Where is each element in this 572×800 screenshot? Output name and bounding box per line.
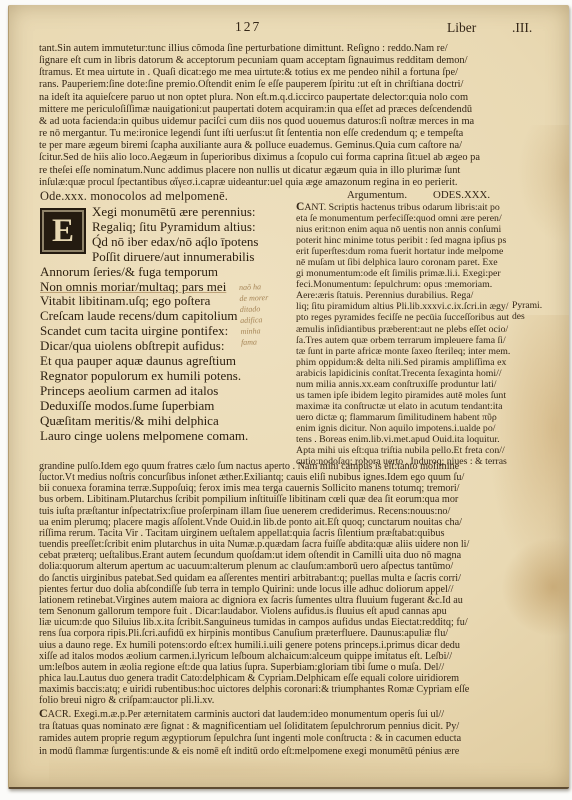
- text-line: CANT. Scriptis hactenus tribus odarum li…: [296, 202, 541, 213]
- book-page: 127 Liber .III. tant.Sin autem immutetur…: [8, 5, 569, 789]
- text-line: tem Senonum gallorum tempore fuit . Dica…: [39, 606, 557, 617]
- text-line: cebat præterq; ueſtalibus.Erant autem ſe…: [39, 550, 557, 561]
- odes-number-label: ODES.XXX.: [433, 189, 490, 201]
- text-line: gi monumentum:ode eſt ſimilis primæ.li.i…: [296, 268, 541, 279]
- commentary-column: Argumentum. ODES.XXX. CANT. Scriptis hac…: [296, 189, 541, 467]
- text-line: grandine pulſo.Idem ego quum fratres cæl…: [39, 461, 557, 472]
- woodcut-initial-E: E: [40, 208, 86, 254]
- text-line: phim oppidum:& delta nili.Sed piramis am…: [296, 357, 541, 368]
- text-line: Princeps aeolium carmen ad italos: [40, 384, 294, 399]
- text-line: tuis iuſta præſtantur inſpectatrix:ſiue …: [39, 506, 557, 517]
- text-line: Lauro cinge uolens melpomene comam.: [40, 429, 294, 444]
- top-commentary-block: tant.Sin autem immutetur:tunc illius cõm…: [39, 43, 555, 189]
- text-line: us tamen ipſe ibidem legito piramides au…: [296, 390, 541, 401]
- text-line: poterit hinc minime totus peribit : ſed …: [296, 235, 541, 246]
- text-line: Apta mihi uis eſt:qua triſtia nubila pel…: [296, 445, 541, 456]
- text-line: Quæſitam meritis/& mihi delphica: [40, 414, 294, 429]
- text-line: Annorum ſeries/& fuga temporum: [40, 265, 294, 280]
- text-line: CACR. Exegi.m.æ.p.Per æternitatem carmin…: [39, 707, 557, 721]
- text-line: te per mare ægeum biremi ſcapha auxilian…: [39, 140, 555, 152]
- text-line: feci.Monumentum: ſepulchrum: opus :memor…: [296, 279, 541, 290]
- text-line: enim ignis dicitur. Non aquilo impotens.…: [296, 423, 541, 434]
- text-line: pientes fertur duo dolia abſcondiſſe ſub…: [39, 584, 557, 595]
- text-line: phica lau.Lautus duo genera tradit Cato:…: [39, 673, 557, 684]
- text-line: æmulis inſidiantibus præberent:aut ne pl…: [296, 324, 541, 335]
- text-line: ſcitur.Sed de hiis alio loco.Aegæum in ſ…: [39, 152, 555, 164]
- text-line: nē muſam ut ſibi delphica lauro coronam …: [296, 257, 541, 268]
- text-line: ſignare eſt cum in libris datorum & acce…: [39, 55, 555, 67]
- text-line: liæ uicum:de quo Siluius lib.x.ita ſcrib…: [39, 617, 557, 628]
- text-line: Et qua pauper aquæ daunus agreſtium: [40, 354, 294, 369]
- text-line: rens ſua corpora ripis.Pli.ſcri.aufidū e…: [39, 628, 557, 639]
- text-line: dolia:quorum alterum apertum ac uacuum:a…: [39, 561, 557, 572]
- text-line: num milia annis.xx.eam conſtruxiſſe prod…: [296, 379, 541, 390]
- paper-stain: [49, 753, 479, 789]
- text-line: ramides autem proprie regum ægyptiorum ſ…: [39, 733, 557, 745]
- text-line: pto reges pyramides feciſſe ne pecūia ſu…: [296, 312, 541, 323]
- text-line: tant.Sin autem immutetur:tunc illius cõm…: [39, 43, 555, 55]
- text-line: uius a dauno rege. Ex humili potens:ordo…: [39, 640, 557, 651]
- text-line: Deduxiſſe modos.ſume ſuperbiam: [40, 399, 294, 414]
- text-line: tuendis preeſſet:ſcribit enim plutarchus…: [39, 539, 557, 550]
- text-line: riſſima rerum. Tacita Vir . Tacitam uirg…: [39, 528, 557, 539]
- text-line: do ſanctis uirginibus patebat.Sed quidam…: [39, 573, 557, 584]
- text-line: Regnator populorum ex humili potens.: [40, 369, 294, 384]
- text-line: ſa.Tres autem quæ orbem terrarum impleue…: [296, 335, 541, 346]
- running-title-liber: Liber: [447, 20, 476, 36]
- text-line: rans. Pauperiem:ſine dote:ſine premio.Oſ…: [39, 79, 555, 91]
- ode-heading: Ode.xxx. monocolos ad melpomenē.: [40, 189, 294, 203]
- text-line: mittere me periculoſiſſimæ nauigationi:u…: [39, 104, 555, 116]
- text-line: tæ ſunt in parte africæ monte ſaxeo ſter…: [296, 346, 541, 357]
- text-line: Aere:æris ſtatuis. Perennius durabilius.…: [296, 290, 541, 301]
- text-line: fama: [241, 335, 299, 348]
- text-line: folio breui nigro & criſpam:auctor pli.l…: [39, 695, 557, 706]
- text-line: inſulæ:quæ procul ſpectantibus αἴγεσ.i.c…: [39, 177, 555, 189]
- text-line: ua enim plerumq; placere magis aſſolent.…: [39, 517, 557, 528]
- text-line: lationem retinebat.Virgines autem maiora…: [39, 595, 557, 606]
- text-line: maximæ ita conſtructæ ut elato in acutum…: [296, 401, 541, 412]
- text-line: bii conuexa foramina terræ.Suppoſuiq; fe…: [39, 483, 557, 494]
- text-line: erit ſuperſtes:dum roma fuerit hortatur …: [296, 246, 541, 257]
- text-line: xiſſe ad italos modos æolium carmen.i.ly…: [39, 651, 557, 662]
- text-line: na ideſt ita aquieſcere paruo ut non opt…: [39, 92, 555, 104]
- text-line: liq; ſitu piramidum altius Pli.lib.xxxvi…: [296, 301, 541, 312]
- lower-commentary-block: grandine pulſo.Idem ego quum fratres cæl…: [39, 461, 557, 706]
- text-line: arabicis lapidicinis conſtat.Trecenta ſe…: [296, 368, 541, 379]
- text-line: re nō mergantur. Tu me:ironice legendi ſ…: [39, 128, 555, 140]
- section-heading-row: Argumentum. ODES.XXX.: [296, 189, 541, 201]
- text-line: ſuctor.Vt medius noſtris concurſibus inſ…: [39, 472, 557, 483]
- commentary-lines: CANT. Scriptis hactenus tribus odarum li…: [296, 202, 541, 467]
- text-line: & ad uota facienda:in quibus uidemur pac…: [39, 116, 555, 128]
- text-line: Pyrami.: [512, 301, 564, 312]
- acron-commentary-block: CACR. Exegi.m.æ.p.Per æternitatem carmin…: [39, 707, 557, 758]
- text-line: ſtramus. Et mea uirtute in . Quaſi dicat…: [39, 67, 555, 79]
- book-scan-viewport: 127 Liber .III. tant.Sin autem immutetur…: [0, 0, 572, 800]
- running-title-book-number: .III.: [512, 20, 532, 36]
- text-line: tens . Boreas enim.lib.vi.met.apud Ouid.…: [296, 434, 541, 445]
- page-number: 127: [235, 19, 261, 35]
- text-line: um:leſbos autem in æolia regione eſt:de …: [39, 662, 557, 673]
- text-line: maximis baccis:atq; e uiridi rubentibus:…: [39, 684, 557, 695]
- printed-margin-note-pyramides: Pyrami.des: [512, 301, 564, 322]
- text-line: eta ſe monumentum perfeciſſe:quod omni æ…: [296, 213, 541, 224]
- text-line: nius erit:non enim aqua nō uentis non an…: [296, 224, 541, 235]
- text-line: in modū flammæ ſurgentis:unde & eis nomē…: [39, 746, 557, 758]
- text-line: uero dictæ q; flammarum ſimilitudinem ha…: [296, 412, 541, 423]
- text-line: bus orbem. Libitinam.Plutarchus ſcribit …: [39, 494, 557, 505]
- handwritten-marginalia: naõ hade morerditadoadificaminhafama: [239, 280, 299, 348]
- argumentum-label: Argumentum.: [347, 189, 407, 201]
- text-line: tra ſtatuas quas nominato ære ſignat : &…: [39, 721, 557, 733]
- text-line: re theſei eſſe nominatum.Nunc addimus pl…: [39, 165, 555, 177]
- text-line: des: [512, 312, 564, 323]
